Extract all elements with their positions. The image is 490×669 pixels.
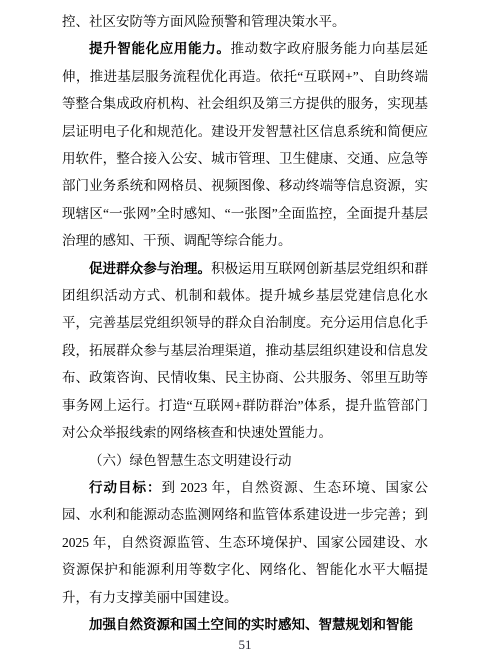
paragraph-natural-resources-bold: 加强自然资源和国土空间的实时感知、智慧规划和智能: [62, 611, 428, 638]
paragraph-smart-application-text: 推动数字政府服务能力向基层延伸，推进基层服务流程优化再造。依托“互联网+”、自助…: [62, 41, 428, 248]
paragraph-public-participation-text: 积极运用互联网创新基层党组织和群团组织活动方式、机制和载体。提升城乡基层党建信息…: [62, 261, 428, 440]
paragraph-action-goals: 行动目标：到 2023 年，自然资源、生态环境、国家公园、水利和能源动态监测网络…: [62, 474, 428, 611]
page-number: 51: [0, 637, 490, 653]
paragraph-action-goals-text: 到 2023 年，自然资源、生态环境、国家公园、水利和能源动态监测网络和监管体系…: [62, 480, 428, 605]
paragraph-public-participation: 促进群众参与治理。积极运用互联网创新基层党组织和群团组织活动方式、机制和载体。提…: [62, 255, 428, 447]
document-page: 控、社区安防等方面风险预警和管理决策水平。 提升智能化应用能力。推动数字政府服务…: [0, 0, 490, 669]
paragraph-smart-application-lead: 提升智能化应用能力。: [89, 41, 231, 56]
paragraph-action-goals-lead: 行动目标：: [89, 480, 161, 495]
page-content: 控、社区安防等方面风险预警和管理决策水平。 提升智能化应用能力。推动数字政府服务…: [0, 0, 490, 638]
paragraph-continuation: 控、社区安防等方面风险预警和管理决策水平。: [62, 8, 428, 35]
paragraph-public-participation-lead: 促进群众参与治理。: [89, 261, 211, 276]
paragraph-smart-application: 提升智能化应用能力。推动数字政府服务能力向基层延伸，推进基层服务流程优化再造。依…: [62, 35, 428, 254]
section-heading-green-smart-ecology: （六）绿色智慧生态文明建设行动: [62, 447, 428, 474]
